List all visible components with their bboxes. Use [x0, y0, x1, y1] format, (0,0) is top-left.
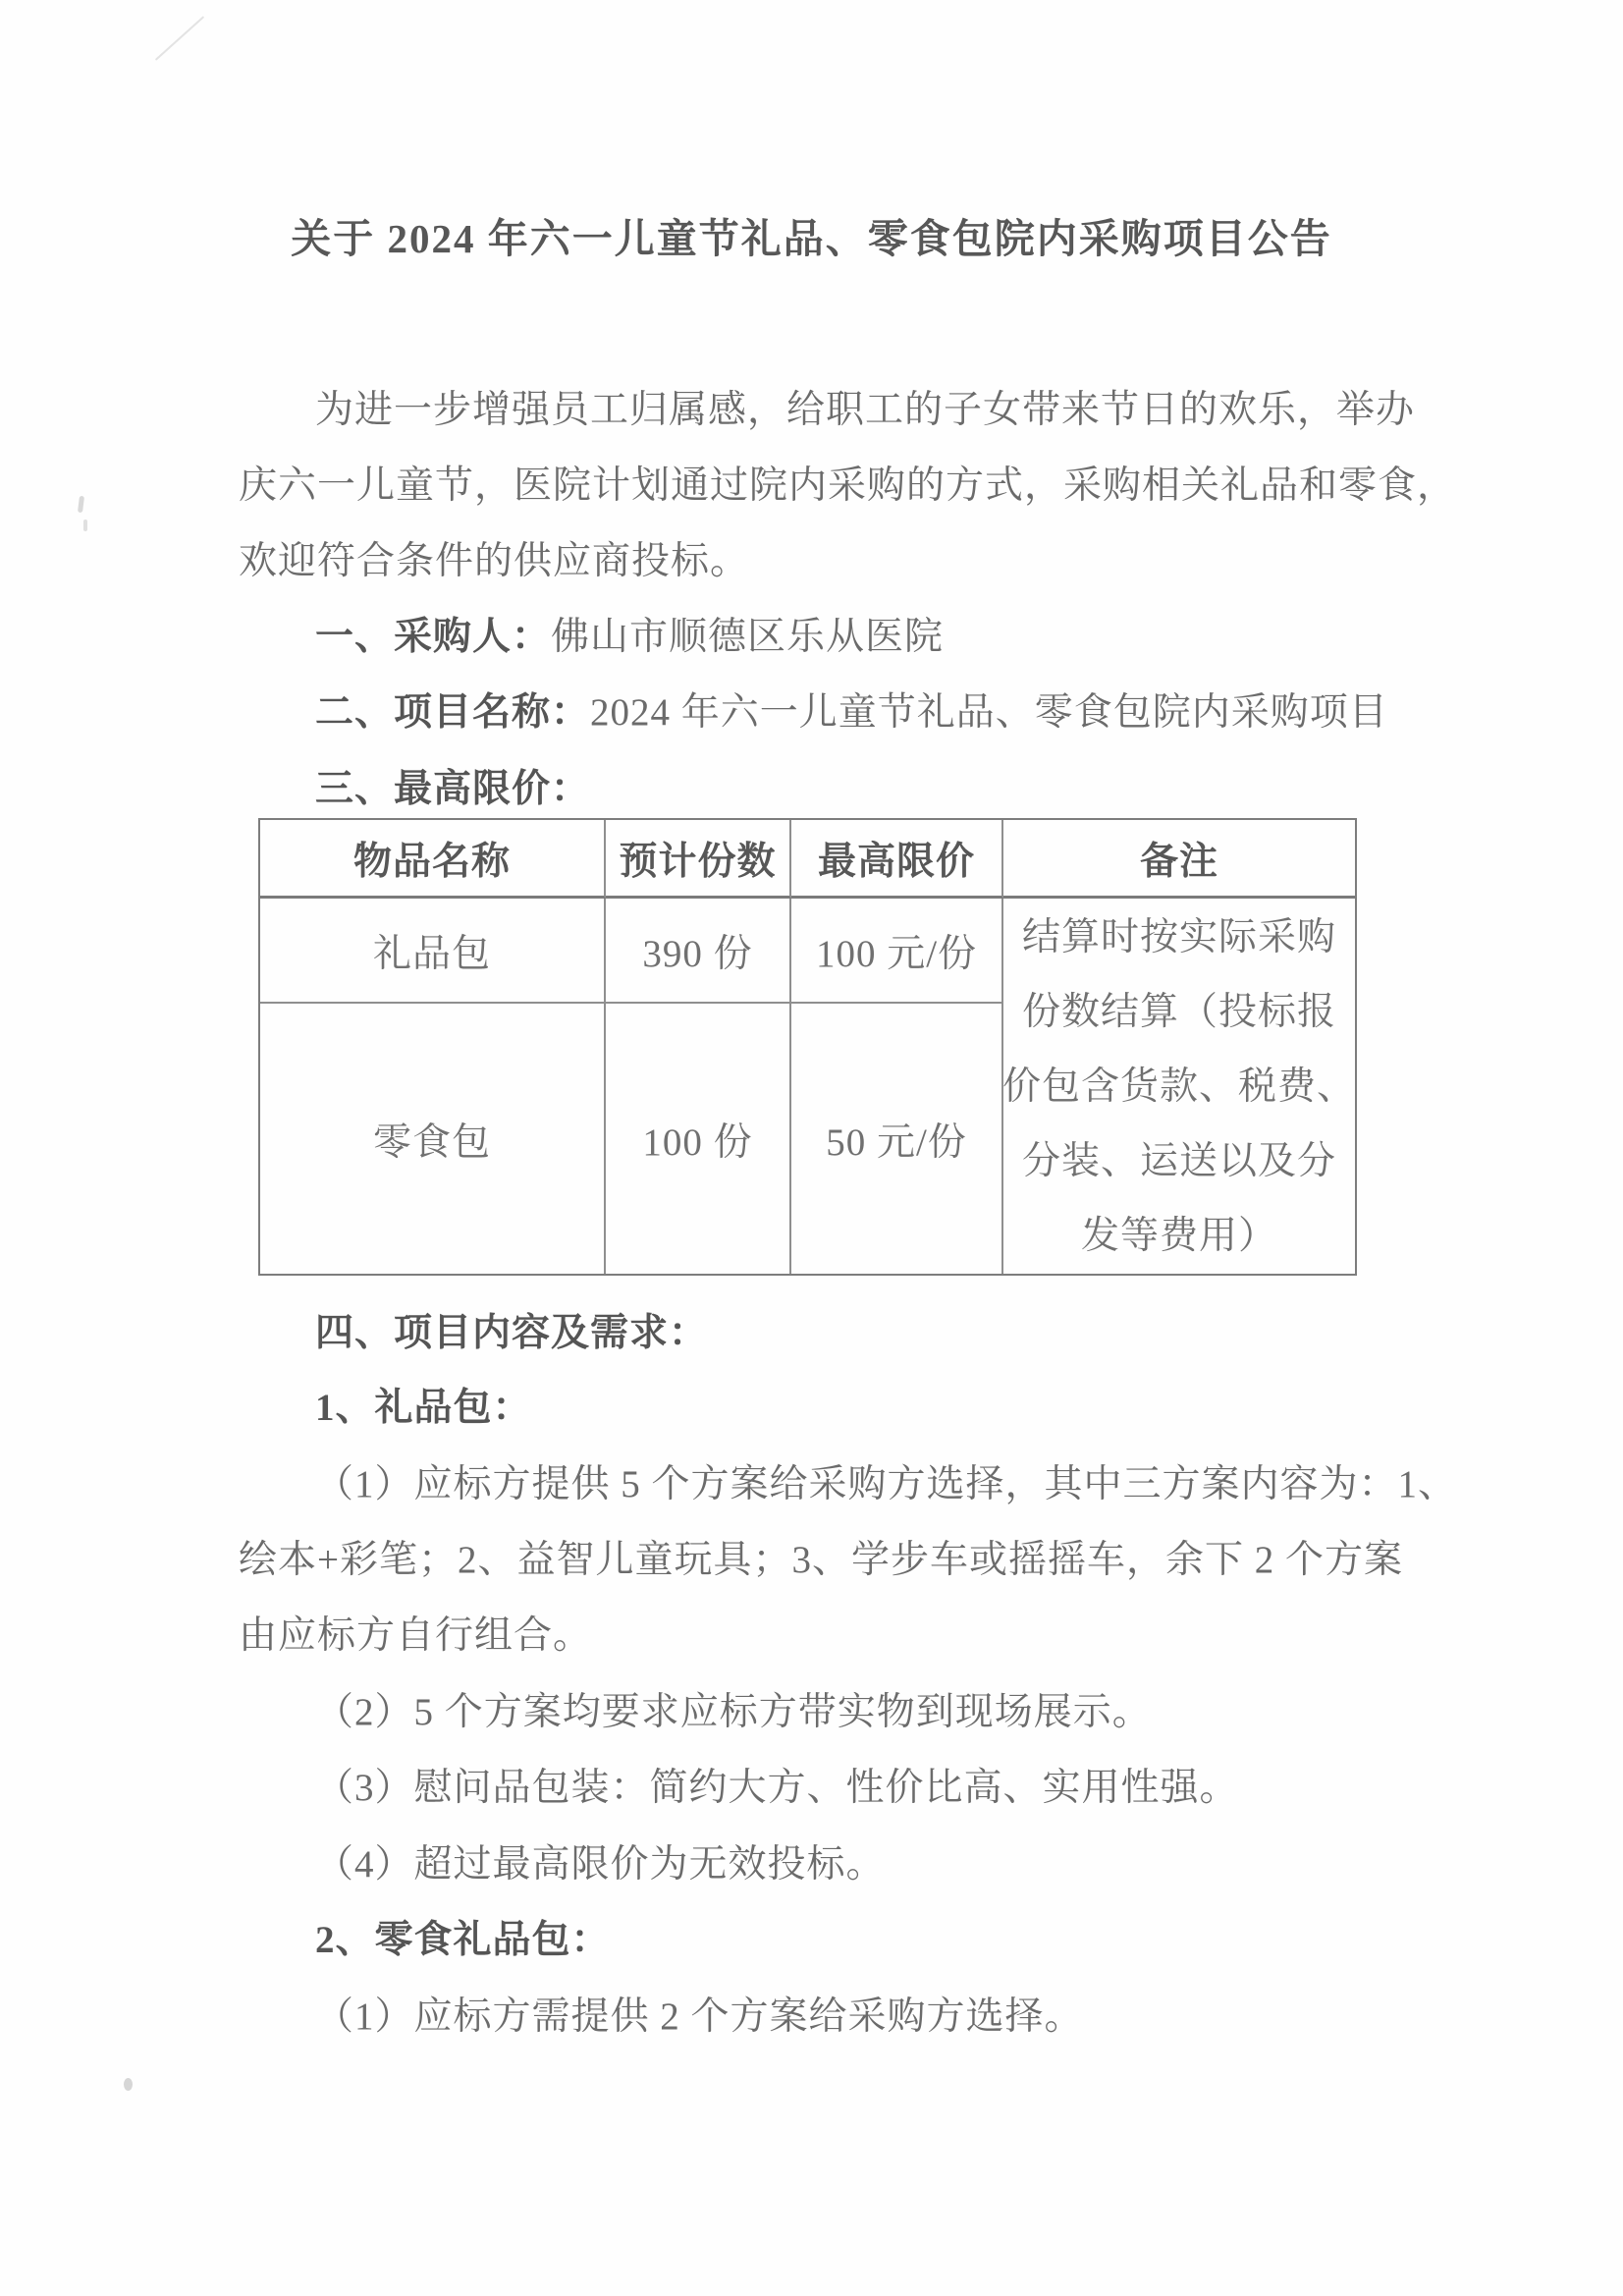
item-purchaser-label: 一、采购人：: [315, 616, 551, 658]
remark-line: 价包含货款、税费、: [1002, 1050, 1356, 1124]
scan-artifact: [155, 16, 204, 61]
table-cell-gift-price: 100 元/份: [791, 899, 1003, 1004]
scan-artifact: [124, 2078, 133, 2091]
intro-line: 为进一步增强员工归属感，给职工的子女带来节日的欢乐，举办: [239, 372, 1446, 448]
remark-line: 发等费用）: [1081, 1199, 1277, 1274]
gift-pack-line: 绘本+彩笔；2、益智儿童玩具；3、学步车或摇摇车，余下 2 个方案: [239, 1522, 1446, 1598]
table-header-qty: 预计份数: [606, 820, 791, 899]
scan-artifact: [83, 519, 87, 531]
section4-heading: 四、项目内容及需求：: [239, 1295, 1446, 1371]
gift-pack-heading: 1、礼品包：: [239, 1370, 1446, 1446]
table-cell-snack-qty: 100 份: [606, 1004, 791, 1274]
item-price-cap: 三、最高限价：: [239, 751, 1446, 827]
table-header-item-name: 物品名称: [260, 820, 606, 899]
item-purchaser-value: 佛山市顺德区乐从医院: [551, 616, 944, 658]
snack-pack-heading-text: 2、零食礼品包：: [315, 1919, 611, 1961]
scanned-document-page: 关于 2024 年六一儿童节礼品、零食包院内采购项目公告 为进一步增强员工归属感…: [0, 0, 1623, 2296]
table-cell-remark: 结算时按实际采购 份数结算（投标报 价包含货款、税费、 分装、运送以及分 发等费…: [1003, 899, 1355, 1274]
gift-pack-heading-text: 1、礼品包：: [315, 1387, 532, 1429]
gift-pack-line: （4）超过最高限价为无效投标。: [239, 1827, 1446, 1902]
table-cell-snack-name: 零食包: [260, 1004, 606, 1274]
remark-line: 份数结算（投标报: [1022, 975, 1336, 1050]
snack-pack-line: （1）应标方需提供 2 个方案给采购方选择。: [239, 1979, 1446, 2054]
table-cell-snack-price: 50 元/份: [791, 1004, 1003, 1274]
item-project-name-value: 2024 年六一儿童节礼品、零食包院内采购项目: [590, 691, 1388, 734]
snack-pack-heading: 2、零食礼品包：: [239, 1902, 1446, 1978]
section4-heading-text: 四、项目内容及需求：: [315, 1312, 708, 1354]
item-price-cap-label: 三、最高限价：: [315, 768, 590, 810]
price-table: 物品名称 预计份数 最高限价 备注 礼品包 390 份 100 元/份 结算时按…: [258, 818, 1357, 1276]
intro-line: 庆六一儿童节，医院计划通过院内采购的方式，采购相关礼品和零食，: [239, 448, 1446, 523]
table-header-remark: 备注: [1003, 820, 1355, 899]
scan-artifact: [78, 496, 84, 513]
page-title: 关于 2024 年六一儿童节礼品、零食包院内采购项目公告: [0, 201, 1623, 277]
gift-pack-line: 由应标方自行组合。: [239, 1598, 1446, 1673]
gift-pack-line: （1）应标方提供 5 个方案给采购方选择，其中三方案内容为：1、: [239, 1447, 1446, 1522]
intro-line: 欢迎符合条件的供应商投标。: [239, 523, 1446, 599]
remark-line: 分装、运送以及分: [1022, 1124, 1336, 1199]
remark-line: 结算时按实际采购: [1022, 901, 1336, 975]
table-header-price-cap: 最高限价: [791, 820, 1003, 899]
item-project-name-label: 二、项目名称：: [315, 691, 590, 734]
gift-pack-line: （3）慰问品包装：简约大方、性价比高、实用性强。: [239, 1750, 1446, 1826]
item-purchaser: 一、采购人：佛山市顺德区乐从医院: [239, 599, 1446, 675]
table-cell-gift-qty: 390 份: [606, 899, 791, 1004]
table-cell-gift-name: 礼品包: [260, 899, 606, 1004]
gift-pack-line: （2）5 个方案均要求应标方带实物到现场展示。: [239, 1674, 1446, 1750]
item-project-name: 二、项目名称：2024 年六一儿童节礼品、零食包院内采购项目: [239, 675, 1446, 750]
